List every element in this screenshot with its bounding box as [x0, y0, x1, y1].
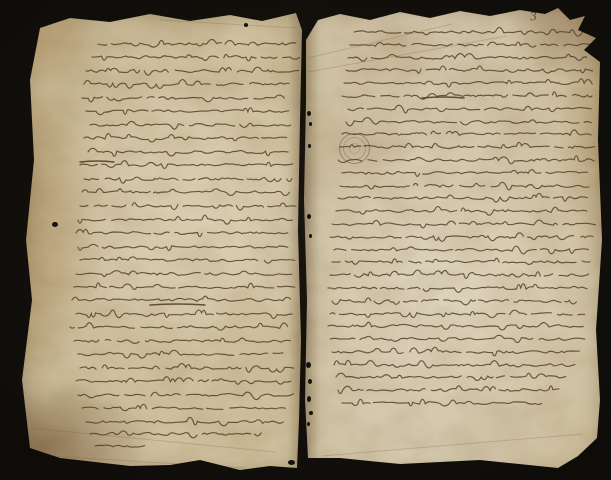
handwritten-text-line	[86, 67, 299, 75]
manuscript-left-page	[20, 10, 304, 475]
page-number: 3	[529, 10, 537, 24]
strikethrough-mark	[80, 161, 114, 162]
handwritten-text-line	[348, 105, 591, 113]
binding-hole	[308, 379, 312, 384]
handwritten-text-line	[334, 246, 589, 254]
strikethrough-mark	[150, 304, 205, 305]
ink-blot	[52, 222, 58, 227]
handwritten-text-line	[88, 148, 288, 156]
handwritten-text-line	[80, 203, 296, 210]
handwritten-text-line	[342, 170, 588, 177]
handwritten-text-line	[340, 182, 589, 190]
handwritten-text-line	[354, 27, 599, 36]
handwritten-text-line	[86, 417, 283, 425]
handwritten-text-line	[82, 189, 295, 196]
binding-hole	[307, 111, 311, 116]
paper-crease	[160, 20, 296, 28]
strikethrough-mark	[422, 97, 464, 98]
paper-crease	[322, 434, 582, 456]
binding-hole	[306, 362, 311, 368]
handwritten-text-line	[86, 108, 289, 115]
ink-blot	[244, 23, 248, 27]
handwritten-text-line	[76, 271, 292, 277]
handwritten-text-line	[328, 322, 583, 330]
handwritten-text-line	[336, 373, 566, 380]
handwritten-text-line	[78, 244, 288, 250]
handwritten-text-line	[98, 39, 296, 47]
handwritten-text-line	[342, 92, 592, 99]
handwritten-text-line	[346, 118, 591, 126]
paper-stain-texture	[20, 10, 304, 475]
handwritten-text-line	[334, 360, 575, 368]
handwritten-text-line	[330, 270, 589, 278]
handwritten-text-line	[350, 42, 596, 47]
handwritten-text-line	[342, 399, 542, 406]
handwriting-right-page	[302, 6, 604, 480]
handwritten-text-line	[90, 121, 291, 129]
handwritten-text-line	[342, 130, 591, 135]
handwritten-text-line	[338, 193, 587, 202]
paper-crease	[308, 36, 507, 72]
paper-grain-texture	[302, 6, 604, 480]
ink-blot	[288, 460, 295, 465]
handwritten-text-line	[90, 431, 261, 438]
handwritten-text-line	[76, 310, 292, 318]
binding-hole	[308, 144, 311, 148]
handwritten-text-line	[332, 220, 596, 228]
handwritten-text-line	[84, 134, 292, 142]
handwritten-text-line	[95, 445, 145, 447]
handwriting-left-page	[20, 10, 304, 475]
handwritten-text-line	[344, 79, 592, 87]
handwritten-text-line	[82, 95, 284, 102]
handwritten-text-line	[340, 142, 595, 148]
paper-crease	[48, 456, 245, 468]
handwritten-text-line	[72, 296, 290, 301]
paper-crease	[308, 24, 452, 58]
handwritten-text-line	[76, 229, 288, 236]
handwritten-text-line	[78, 215, 292, 224]
binding-hole	[309, 234, 312, 238]
handwritten-text-line	[80, 364, 294, 373]
handwritten-text-line	[332, 298, 583, 305]
binding-hole	[309, 411, 313, 415]
binding-hole	[309, 122, 312, 126]
paper-stain-texture	[302, 6, 604, 480]
handwritten-text-line	[84, 177, 292, 183]
binding-hole	[307, 214, 311, 219]
scanned-manuscript-spread: 3	[0, 0, 611, 480]
handwritten-text-line	[92, 54, 300, 60]
paper-grain-texture	[20, 10, 304, 475]
handwritten-text-line	[82, 404, 285, 410]
handwritten-text-line	[76, 377, 291, 384]
handwritten-text-line	[84, 80, 289, 89]
handwritten-text-line	[74, 338, 297, 343]
handwritten-text-line	[338, 386, 559, 394]
handwritten-text-line	[78, 392, 294, 399]
handwritten-text-line	[74, 283, 295, 289]
paper-crease	[30, 428, 275, 452]
binding-hole	[307, 396, 311, 402]
handwritten-text-line	[346, 66, 593, 73]
handwritten-text-line	[330, 233, 593, 241]
manuscript-right-page: 3	[302, 6, 604, 480]
handwritten-text-line	[328, 284, 587, 292]
handwritten-text-line	[332, 258, 590, 264]
binding-hole	[307, 422, 310, 426]
handwritten-text-line	[330, 335, 585, 342]
handwritten-text-line	[80, 257, 295, 263]
handwritten-text-line	[332, 347, 579, 356]
handwritten-text-line	[338, 156, 599, 164]
handwritten-text-line	[336, 207, 587, 216]
handwritten-text-line	[348, 54, 587, 62]
handwritten-text-line	[70, 323, 291, 330]
archive-stamp-icon	[335, 129, 374, 168]
handwritten-text-line	[80, 161, 293, 169]
handwritten-text-line	[330, 310, 585, 317]
handwritten-text-line	[78, 350, 289, 358]
